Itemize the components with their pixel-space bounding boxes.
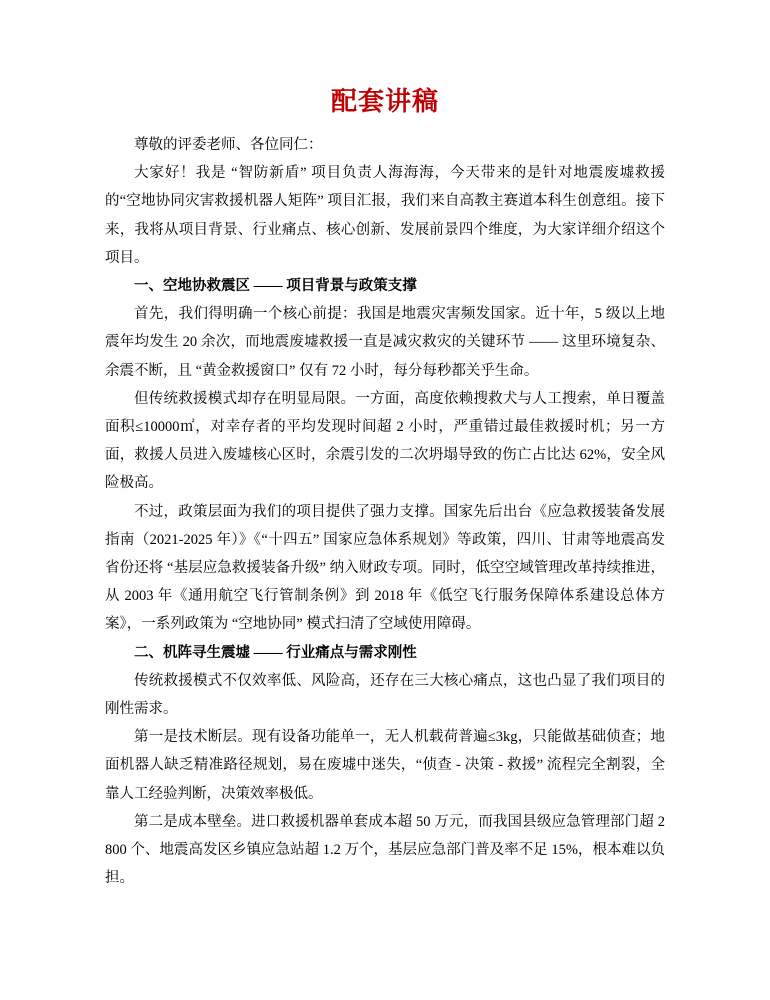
paragraph: 首先，我们得明确一个核心前提：我国是地震灾害频发国家。近十年，5 级以上地震年均… <box>105 300 665 385</box>
paragraph: 第一是技术断层。现有设备功能单一，无人机载荷普遍≤3kg，只能做基础侦查；地面机… <box>105 723 665 808</box>
document-body: 尊敬的评委老师、各位同仁：大家好！我是 “智防新盾” 项目负责人海海海，今天带来… <box>105 131 665 892</box>
paragraph: 大家好！我是 “智防新盾” 项目负责人海海海，今天带来的是针对地震废墟救援的“空… <box>105 159 665 272</box>
paragraph: 尊敬的评委老师、各位同仁： <box>105 131 665 159</box>
section-heading: 一、空地协救震区 —— 项目背景与政策支撑 <box>105 272 665 300</box>
section-heading: 二、机阵寻生震墟 —— 行业痛点与需求刚性 <box>105 639 665 667</box>
document-page: 配套讲稿 尊敬的评委老师、各位同仁：大家好！我是 “智防新盾” 项目负责人海海海… <box>0 0 770 1000</box>
paragraph: 不过，政策层面为我们的项目提供了强力支撑。国家先后出台《应急救援装备发展指南（2… <box>105 498 665 639</box>
paragraph: 第二是成本壁垒。进口救援机器单套成本超 50 万元，而我国县级应急管理部门超 2… <box>105 808 665 893</box>
paragraph: 但传统救援模式却存在明显局限。一方面，高度依赖搜救犬与人工搜索，单日覆盖面积≤1… <box>105 385 665 498</box>
document-title: 配套讲稿 <box>105 86 665 118</box>
paragraph: 传统救援模式不仅效率低、风险高，还存在三大核心痛点，这也凸显了我们项目的刚性需求… <box>105 667 665 723</box>
